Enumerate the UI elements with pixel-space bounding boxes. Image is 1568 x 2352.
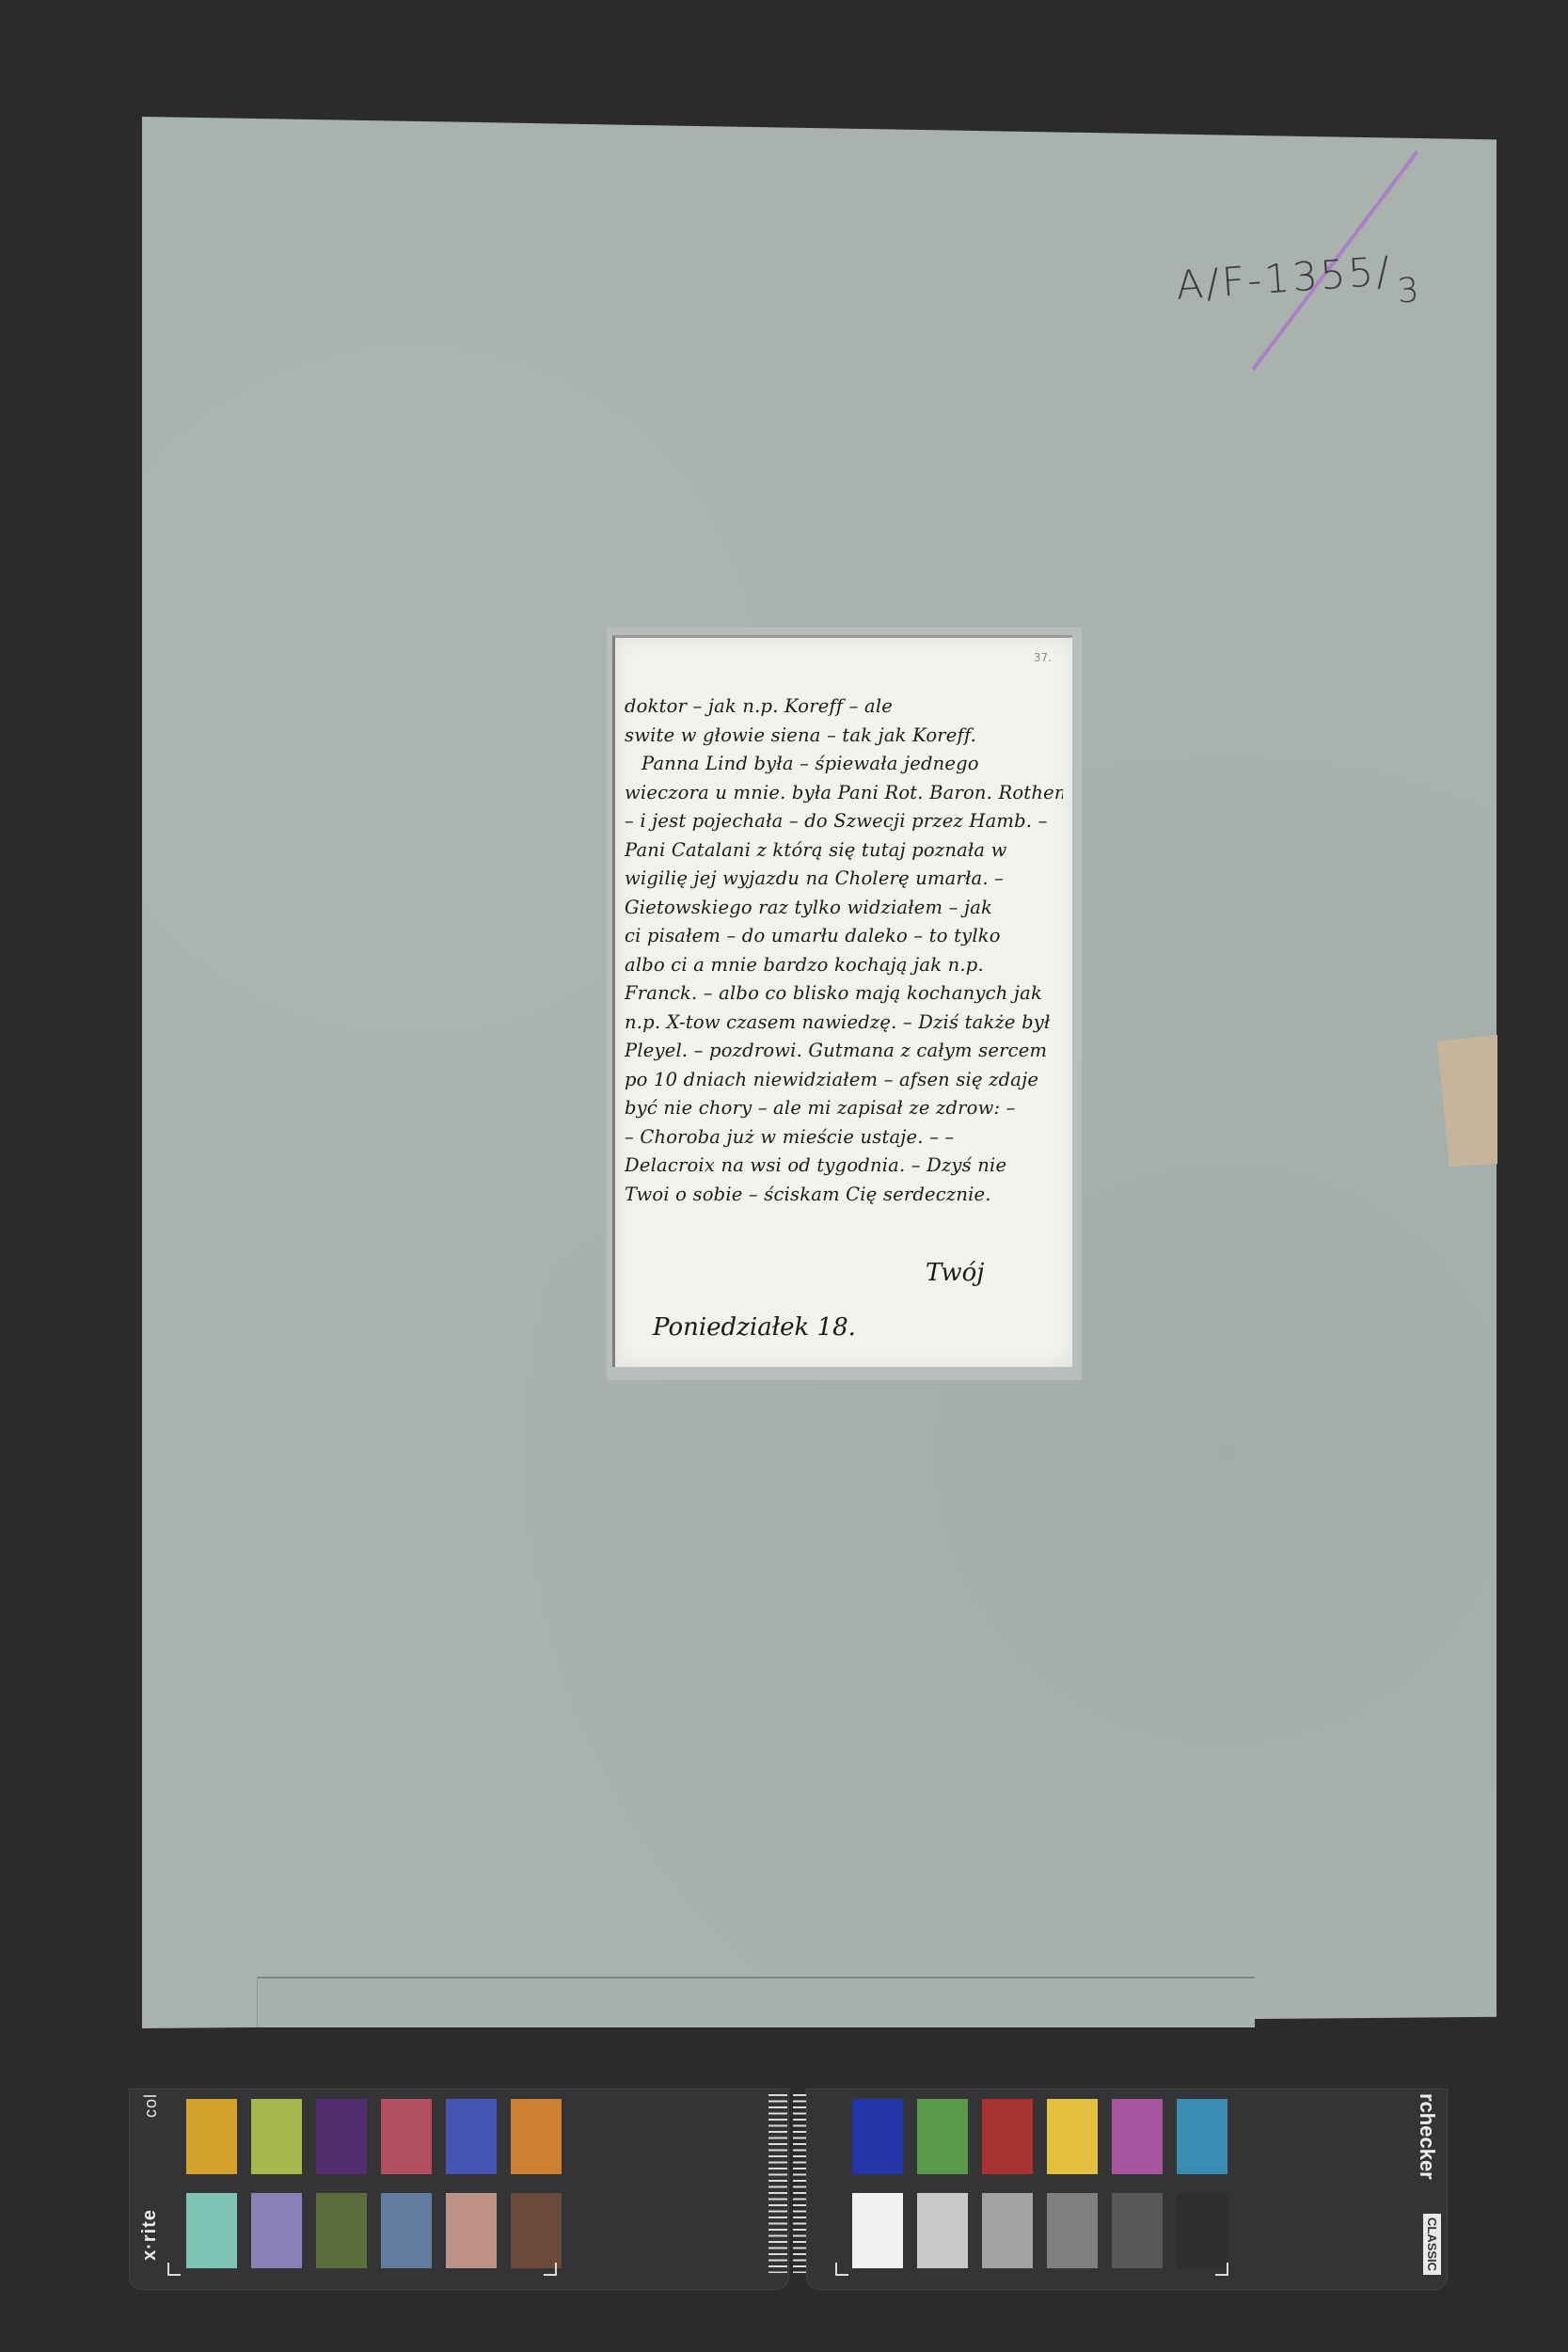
- letter-line: swite w głowie siena – tak jak Koreff.: [625, 722, 1063, 751]
- color-swatch: [511, 2193, 562, 2268]
- color-swatch: [1112, 2099, 1163, 2174]
- gray-swatch: [1112, 2193, 1163, 2268]
- corner-mark: [835, 2263, 848, 2276]
- colorchecker-brand-text: rchecker: [1415, 2093, 1439, 2180]
- color-checker-left-panel: col x·rite: [129, 2089, 789, 2290]
- color-swatch: [316, 2099, 367, 2174]
- corner-mark: [167, 2263, 181, 2276]
- color-swatch: [1177, 2099, 1227, 2174]
- letter-line: – Choroba już w mieście ustaje. – –: [625, 1123, 1063, 1152]
- color-swatch: [381, 2193, 432, 2268]
- gray-swatch: [852, 2193, 903, 2268]
- letter-line: wigilię jej wyjazdu na Cholerę umarła. –: [625, 865, 1063, 894]
- letter-line: doktor – jak n.p. Koreff – ale: [625, 692, 1063, 722]
- letter-signature: Twój: [926, 1259, 984, 1287]
- letter-line: n.p. X-tow czasem nawiedzę. – Dziś także…: [625, 1009, 1063, 1038]
- color-checker-card: col x·rite mm: [129, 2089, 1483, 2288]
- color-swatch: [852, 2099, 903, 2174]
- color-checker-right-panel: rchecker CLASSIC: [806, 2089, 1448, 2290]
- color-swatch: [251, 2099, 302, 2174]
- archive-signature-slash: /: [1374, 247, 1394, 294]
- corner-mark: [544, 2263, 557, 2276]
- letter-line: – i jest pojechała – do Szwecji przez Ha…: [625, 807, 1063, 836]
- letter-line: Delacroix na wsi od tygodnia. – Dzyś nie: [625, 1152, 1063, 1181]
- swatch-grid-right: [852, 2099, 1227, 2268]
- gray-swatch: [917, 2193, 968, 2268]
- folio-number: 37.: [1034, 651, 1052, 664]
- color-swatch: [316, 2193, 367, 2268]
- color-swatch: [1047, 2099, 1098, 2174]
- color-swatch: [381, 2099, 432, 2174]
- mount-sheet-lower-strip: [257, 1977, 1255, 2027]
- letter-line: Gietowskiego raz tylko widziałem – jak: [625, 894, 1063, 923]
- color-swatch: [446, 2193, 497, 2268]
- letter-line: po 10 dniach niewidziałem – afsen się zd…: [625, 1066, 1063, 1095]
- letter-line: albo ci a mnie bardzo kochają jak n.p.: [625, 951, 1063, 980]
- letter-line: być nie chory – ale mi zapisał ze zdrow:…: [625, 1094, 1063, 1123]
- letter-line: ci pisałem – do umarłu daleko – to tylko: [625, 922, 1063, 951]
- archive-signature-sub: 3: [1396, 271, 1423, 311]
- gray-swatch: [982, 2193, 1033, 2268]
- xrite-logo: x·rite: [139, 2209, 161, 2261]
- corner-mark: [1215, 2263, 1228, 2276]
- letter-line: wieczora u mnie. była Pani Rot. Baron. R…: [625, 779, 1063, 808]
- color-swatch: [446, 2099, 497, 2174]
- letter-line: Franck. – albo co blisko mają kochanych …: [625, 979, 1063, 1009]
- color-swatch: [186, 2099, 237, 2174]
- swatch-grid-left: [186, 2099, 562, 2268]
- gray-swatch: [1177, 2193, 1227, 2268]
- brand-col-text: col: [141, 2093, 161, 2118]
- color-swatch: [251, 2193, 302, 2268]
- letter-line: Twoi o sobie – ściskam Cię serdecznie.: [625, 1181, 1063, 1210]
- letter-line: Panna Lind była – śpiewała jednego: [625, 750, 1063, 779]
- gray-swatch: [1047, 2193, 1098, 2268]
- color-swatch: [917, 2099, 968, 2174]
- letter-line: Pleyel. – pozdrowi. Gutmana z całym serc…: [625, 1037, 1063, 1066]
- classic-badge: CLASSIC: [1423, 2214, 1441, 2275]
- letter-paper: 37. doktor – jak n.p. Koreff – ale swite…: [612, 635, 1072, 1367]
- color-swatch: [982, 2099, 1033, 2174]
- color-swatch: [511, 2099, 562, 2174]
- letter-line: Pani Catalani z którą się tutaj poznała …: [625, 836, 1063, 866]
- letter-body: doktor – jak n.p. Koreff – ale swite w g…: [625, 692, 1063, 1209]
- color-swatch: [186, 2193, 237, 2268]
- letter-photograph: 37. doktor – jak n.p. Koreff – ale swite…: [607, 628, 1082, 1380]
- letter-dateline: Poniedziałek 18.: [653, 1313, 856, 1342]
